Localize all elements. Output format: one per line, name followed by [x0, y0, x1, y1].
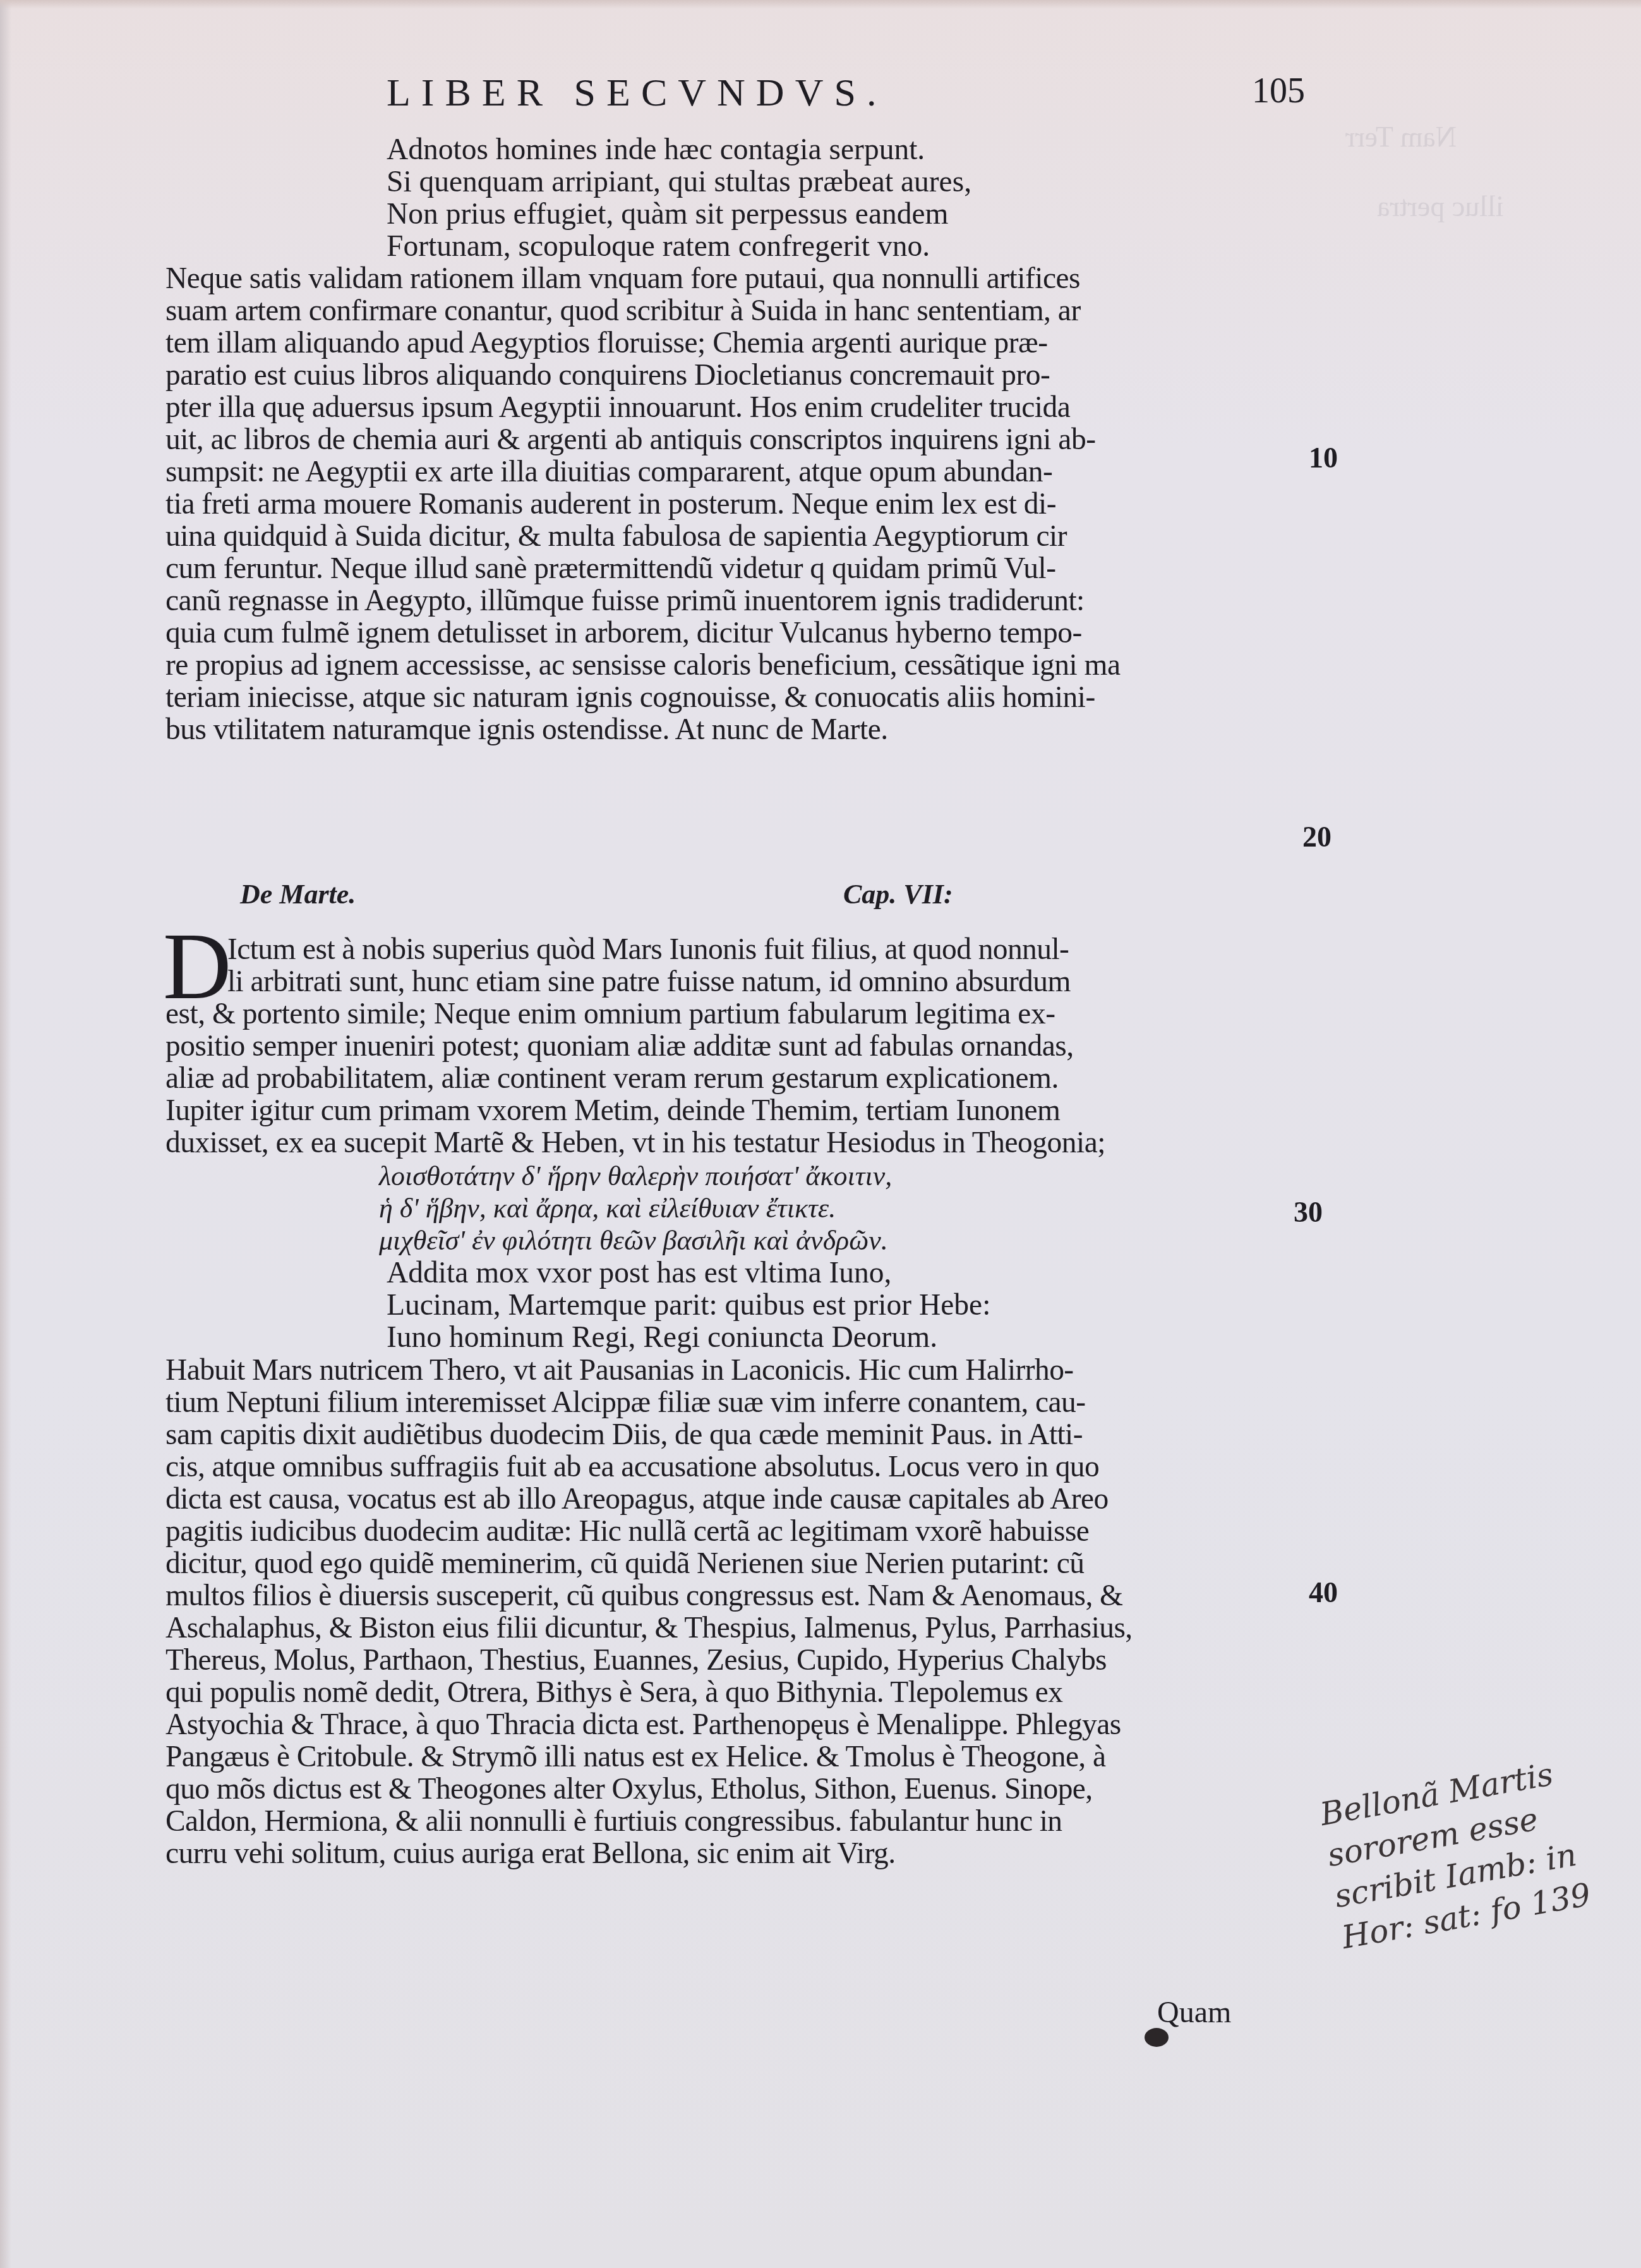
text-line: tia freti arma mouere Romanis auderent i… [165, 488, 1277, 521]
text-line: teriam iniecisse, atque sic naturam igni… [165, 682, 1277, 714]
text-line: tium Neptuni filium interemisset Alcippæ… [165, 1387, 1277, 1419]
paragraph-2: est, & portento simile; Neque enim omniu… [165, 998, 1277, 1159]
text-line: qui populis nomẽ dedit, Otrera, Bithys è… [165, 1677, 1277, 1709]
text-line: positio semper inueniri potest; quoniam … [165, 1030, 1277, 1063]
greek-verse-line: λοισθοτάτην δ' ἥρην θαλερὴν ποιήσατ' ἄκο… [379, 1160, 1491, 1192]
text-line: pagitis iudicibus duodecim auditæ: Hic n… [165, 1516, 1277, 1548]
text-line: duxisset, ex ea sucepit Martẽ & Heben, v… [165, 1127, 1277, 1159]
text-line: Ictum est à nobis superius quòd Mars Iun… [227, 934, 1276, 966]
text-line: quia cum fulmẽ ignem detulisset in arbor… [165, 617, 1277, 649]
handwritten-marginal-note: Bellonã Martis sororem esse scribit Iamb… [1317, 1737, 1641, 1958]
verse-line: Lucinam, Martemque parit: quibus est pri… [387, 1289, 1498, 1322]
text-line: Habuit Mars nutricem Thero, vt ait Pausa… [165, 1354, 1277, 1387]
text-line: est, & portento simile; Neque enim omniu… [165, 998, 1277, 1030]
greek-verse-line: μιχθεῖσ' ἐν φιλότητι θεῶν βασιλῆι καὶ ἀν… [379, 1224, 1491, 1257]
chapter-number: Cap. VII: [843, 878, 953, 910]
text-line: Iupiter igitur cum primam vxorem Metim, … [165, 1095, 1277, 1127]
margin-line-number: 20 [1302, 820, 1331, 854]
text-line: uit, ac libros de chemia auri & argenti … [165, 424, 1277, 456]
verse-line: Addita mox vxor post has est vltima Iuno… [387, 1257, 1498, 1289]
text-line: cis, atque omnibus suffragiis fuit ab ea… [165, 1451, 1277, 1483]
greek-verse-line: ἡ δ' ἥβην, καὶ ἄρηα, καὶ εἰλείθυιαν ἔτικ… [379, 1192, 1491, 1224]
drop-cap-initial: D [163, 931, 231, 1002]
greek-verse-block: λοισθοτάτην δ' ἥρην θαλερὴν ποιήσατ' ἄκο… [379, 1160, 1491, 1257]
text-line: uina quidquid à Suida dicitur, & multa f… [165, 521, 1277, 553]
running-head: LIBER SECVNDVS. [387, 71, 887, 116]
text-line: Astyochia & Thrace, à quo Thracia dicta … [165, 1709, 1277, 1741]
verse-line: Si quenquam arripiant, qui stultas præbe… [387, 166, 1498, 198]
page-number: 105 [1252, 71, 1305, 111]
text-line: dicta est causa, vocatus est ab illo Are… [165, 1483, 1277, 1516]
verse-line: Iuno hominum Regi, Regi coniuncta Deorum… [387, 1322, 1498, 1354]
margin-line-number: 30 [1294, 1195, 1323, 1229]
text-line: suam artem confirmare conantur, quod scr… [165, 295, 1277, 327]
ink-blot [1145, 2028, 1169, 2047]
text-line: sam capitis dixit audiẽtibus duodecim Di… [165, 1419, 1277, 1451]
text-line: quo mõs dictus est & Theogones alter Oxy… [165, 1773, 1277, 1806]
text-line: bus vtilitatem naturamque ignis ostendis… [165, 714, 1277, 746]
text-line: li arbitrati sunt, hunc etiam sine patre… [227, 966, 1276, 998]
text-line: Aschalaphus, & Biston eius filii dicuntu… [165, 1612, 1277, 1644]
page-edge-shadow [0, 0, 11, 2268]
text-line: dicitur, quod ego quidẽ meminerim, cũ qu… [165, 1548, 1277, 1580]
paragraph-3: Habuit Mars nutricem Thero, vt ait Pausa… [165, 1354, 1277, 1870]
catchword: Quam [1157, 1995, 1231, 2030]
drop-cap-lines: Ictum est à nobis superius quòd Mars Iun… [227, 934, 1276, 998]
page-edge-top [0, 0, 1641, 9]
text-line: aliæ ad probabilitatem, aliæ continent v… [165, 1063, 1277, 1095]
verse-line: Fortunam, scopuloque ratem confregerit v… [387, 231, 1498, 263]
paragraph-1: Neque satis validam rationem illam vnqua… [165, 263, 1277, 746]
chapter-title: De Marte. [240, 878, 356, 910]
verse-line: Adnotos homines inde hæc contagia serpun… [387, 134, 1498, 166]
latin-verse-block: Addita mox vxor post has est vltima Iuno… [387, 1257, 1498, 1354]
text-line: tem illam aliquando apud Aegyptios floru… [165, 327, 1277, 359]
text-line: Pangæus è Critobule. & Strymõ illi natus… [165, 1741, 1277, 1773]
text-line: Neque satis validam rationem illam vnqua… [165, 263, 1277, 295]
book-page: Nam Terr illuc pertra LIBER SECVNDVS. 10… [0, 0, 1641, 2268]
text-line: paratio est cuius libros aliquando conqu… [165, 359, 1277, 392]
text-line: curru vehi solitum, cuius auriga erat Be… [165, 1838, 1277, 1870]
text-line: multos filios è diuersis susceperit, cũ … [165, 1580, 1277, 1612]
text-line: canũ regnasse in Aegypto, illũmque fuiss… [165, 585, 1277, 617]
text-line: pter illa quę aduersus ipsum Aegyptii in… [165, 392, 1277, 424]
margin-line-number: 10 [1309, 441, 1338, 474]
verse-block-top: Adnotos homines inde hæc contagia serpun… [387, 134, 1498, 263]
text-line: sumpsit: ne Aegyptii ex arte illa diuiti… [165, 456, 1277, 488]
verse-line: Non prius effugiet, quàm sit perpessus e… [387, 198, 1498, 231]
text-line: Caldon, Hermiona, & alii nonnulli è furt… [165, 1806, 1277, 1838]
text-line: Thereus, Molus, Parthaon, Thestius, Euan… [165, 1644, 1277, 1677]
text-line: cum feruntur. Neque illud sanè prætermit… [165, 553, 1277, 585]
margin-line-number: 40 [1309, 1576, 1338, 1609]
text-line: re propius ad ignem accessisse, ac sensi… [165, 649, 1277, 682]
